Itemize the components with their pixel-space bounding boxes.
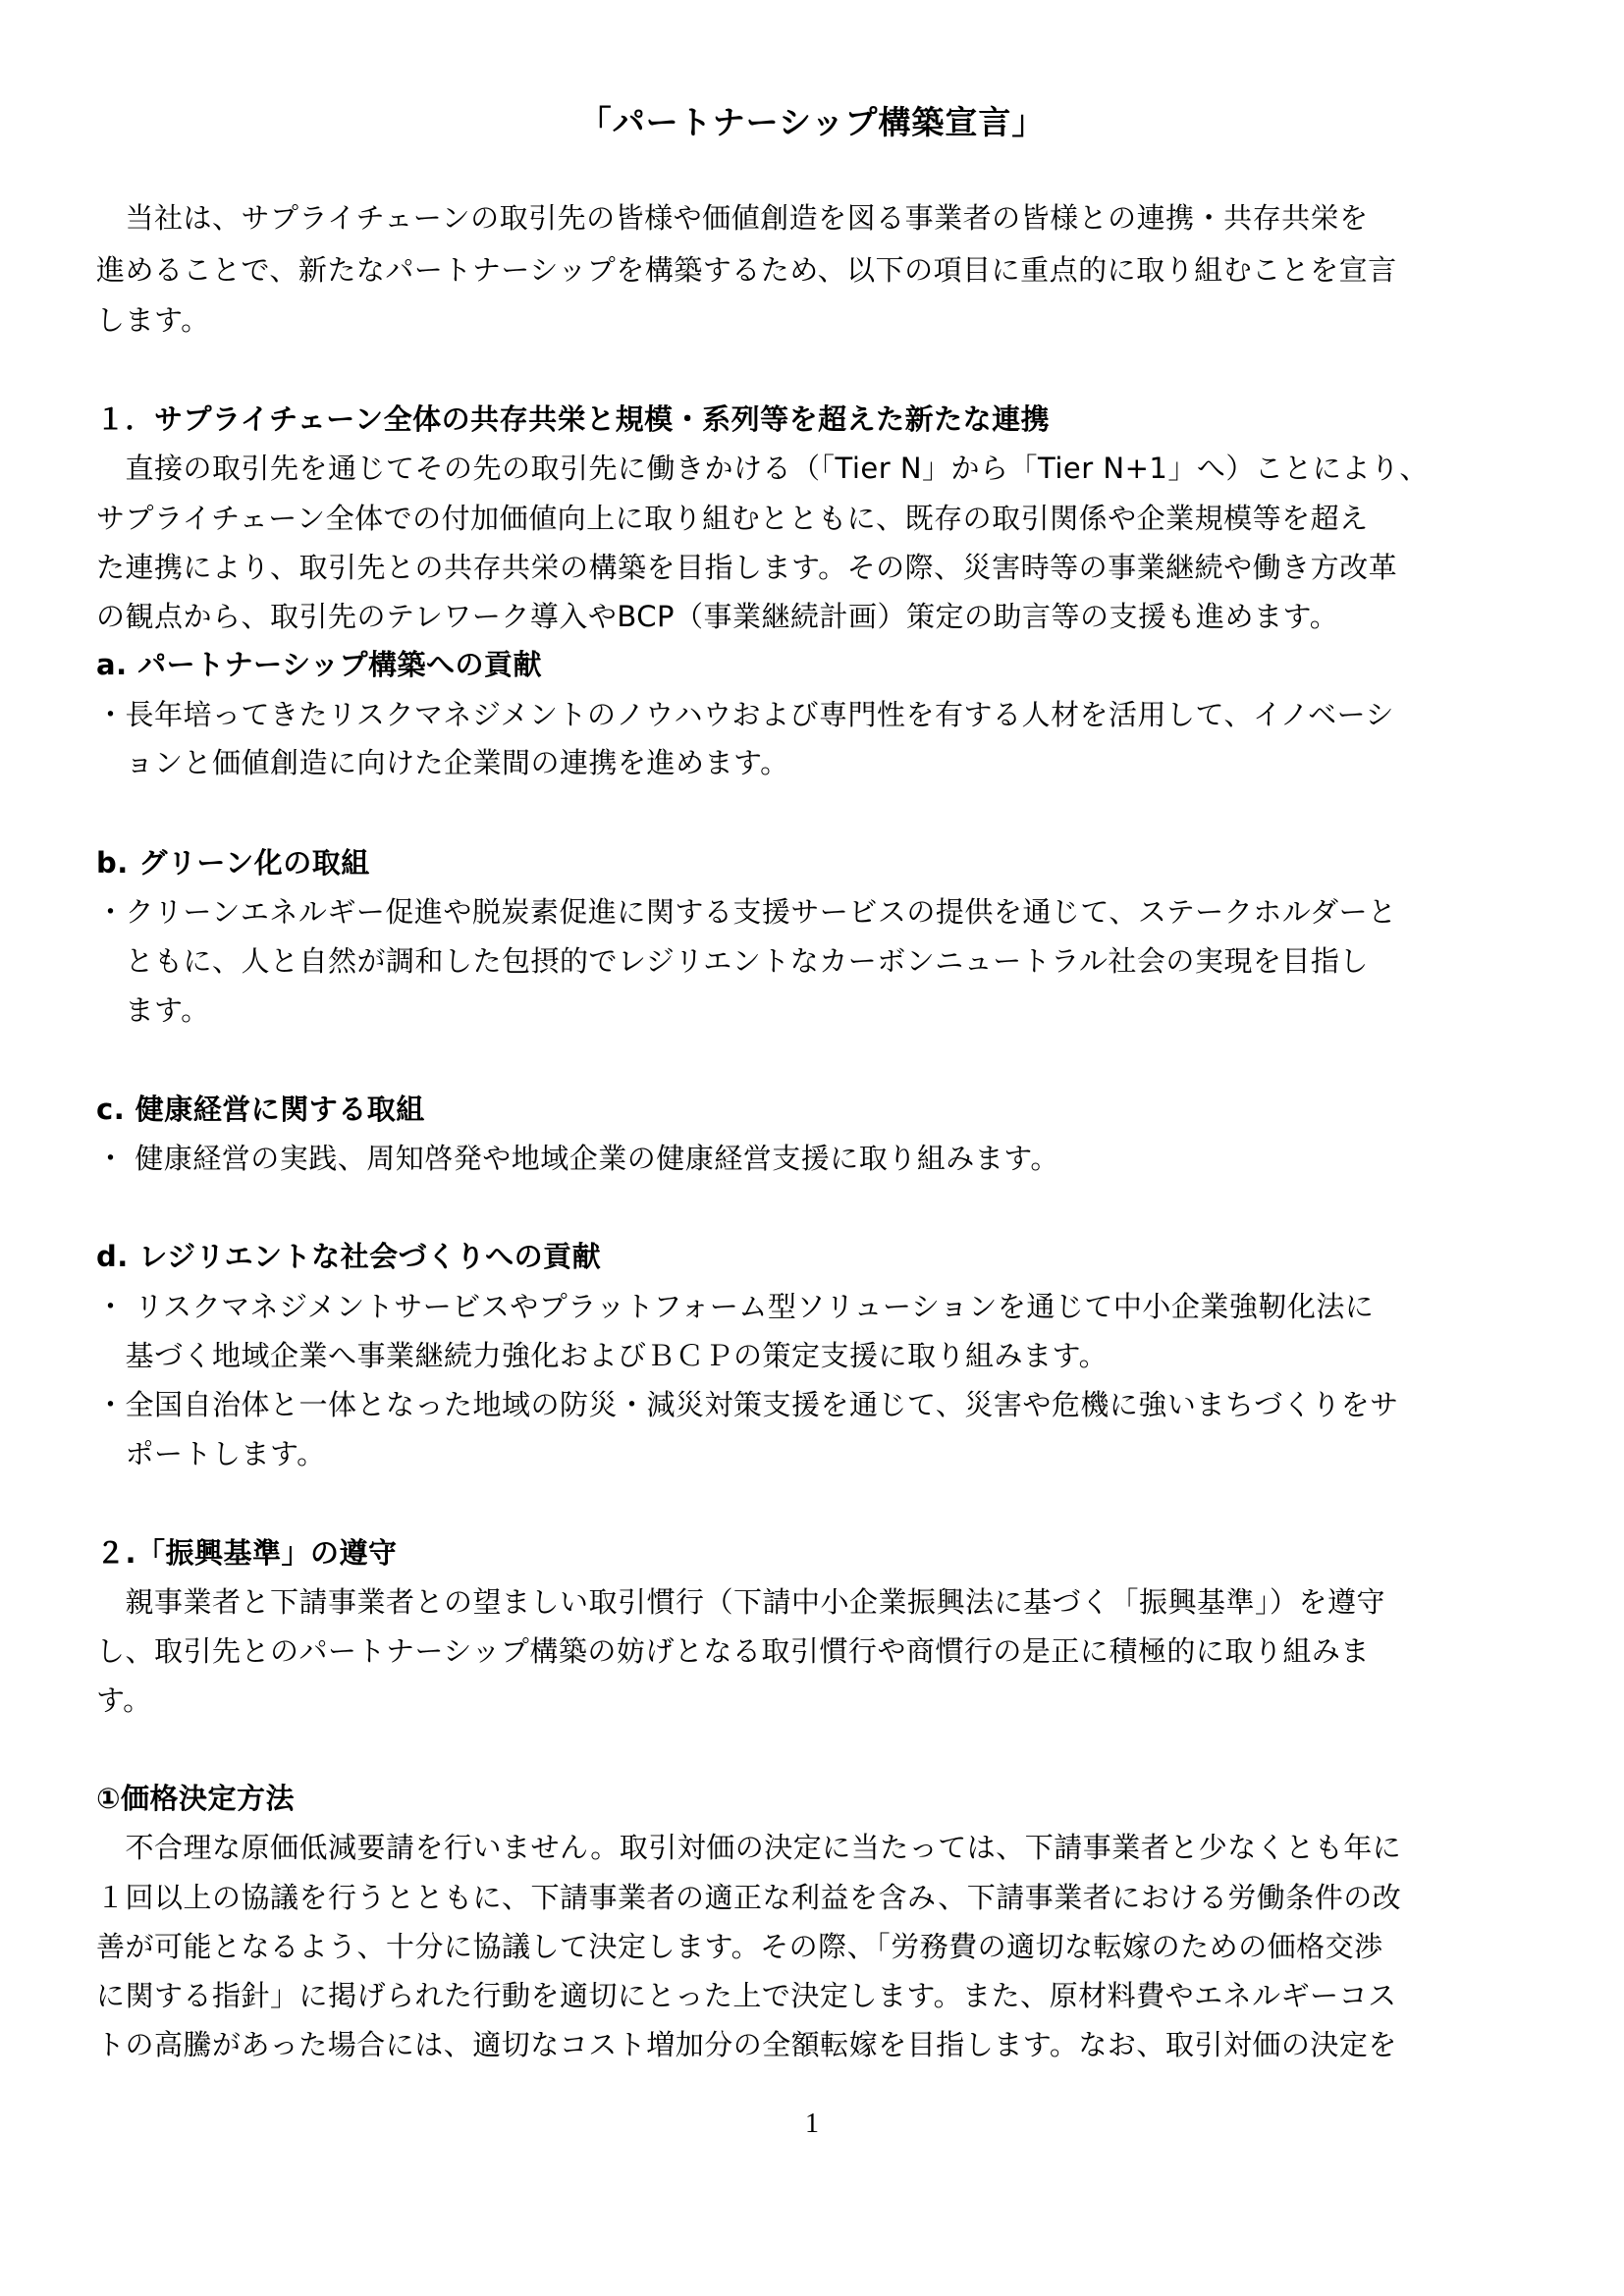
price-determination-line: 善が可能となるよう、十分に協議して決定します。その際、「労務費の適切な転嫁のため… xyxy=(96,1927,1383,1966)
subsection-a-line: ・長年培ってきたリスクマネジメントのノウハウおよび専門性を有する人材を活用して、… xyxy=(96,695,1394,734)
subsection-b-line: ともに、人と自然が調和した包摂的でレジリエントなカーボンニュートラル社会の実現を… xyxy=(96,941,1369,981)
section-1-body-line: 直接の取引先を通じてその先の取引先に働きかける（「Tier N」から「Tier … xyxy=(96,449,1429,488)
intro-line: 進めることで、新たなパートナーシップを構築するため、以下の項目に重点的に取り組む… xyxy=(96,250,1397,290)
intro-line: します。 xyxy=(96,300,210,340)
price-determination-line: 不合理な原価低減要請を行いません。取引対価の決定に当たっては、下請事業者と少なく… xyxy=(96,1828,1401,1867)
document-page: 「パートナーシップ構築宣言」 当社は、サプライチェーンの取引先の皆様や価値創造を… xyxy=(0,0,1624,2296)
section-1-heading: １．サプライチェーン全体の共存共栄と規模・系列等を超えた新たな連携 xyxy=(96,400,1050,439)
subsection-d-line: ・ リスクマネジメントサービスやプラットフォーム型ソリューションを通じて中小企業… xyxy=(96,1287,1374,1326)
subsection-b-line: ・クリーンエネルギー促進や脱炭素促進に関する支援サービスの提供を通じて、ステーク… xyxy=(96,892,1397,932)
section-2-body-line: 親事業者と下請事業者との望ましい取引慣行（下請中小企業振興法に基づく「振興基準」… xyxy=(96,1582,1385,1622)
section-2-body-line: し、取引先とのパートナーシップ構築の妨げとなる取引慣行や商慣行の是正に積極的に取… xyxy=(96,1631,1370,1671)
subsection-d-line: 基づく地域企業へ事業継続力強化およびＢＣＰの策定支援に取り組みます。 xyxy=(96,1336,1108,1375)
subsection-d-line: ・全国自治体と一体となった地域の防災・減災対策支援を通じて、災害や危機に強いまち… xyxy=(96,1385,1399,1424)
section-1-body-line: の観点から、取引先のテレワーク導入やBCP（事業継続計画）策定の助言等の支援も進… xyxy=(96,597,1338,636)
document-title: 「パートナーシップ構築宣言」 xyxy=(0,100,1624,145)
subsection-a-heading: a. パートナーシップ構築への貢献 xyxy=(96,645,542,684)
section-1-body-line: た連携により、取引先との共存共栄の構築を目指します。その際、災害時等の事業継続や… xyxy=(96,548,1397,587)
price-determination-line: １回以上の協議を行うとともに、下請事業者の適正な利益を含み、下請事業者における労… xyxy=(96,1878,1401,1917)
section-2-body-line: す。 xyxy=(96,1681,152,1720)
price-determination-heading: ①価格決定方法 xyxy=(96,1779,295,1818)
price-determination-line: トの高騰があった場合には、適切なコスト増加分の全額転嫁を目指します。なお、取引対… xyxy=(96,2025,1397,2064)
subsection-d-line: ポートします。 xyxy=(96,1434,326,1473)
section-2-heading: ２.「振興基準」の遵守 xyxy=(96,1533,398,1573)
price-determination-line: に関する指針」に掲げられた行動を適切にとった上で決定します。また、原材料費やエネ… xyxy=(96,1976,1397,2015)
subsection-c-line: ・ 健康経営の実践、周知啓発や地域企業の健康経営支援に取り組みます。 xyxy=(96,1139,1059,1178)
subsection-c-heading: c. 健康経営に関する取組 xyxy=(96,1090,425,1129)
subsection-d-heading: d. レジリエントな社会づくりへの貢献 xyxy=(96,1237,601,1276)
intro-line: 当社は、サプライチェーンの取引先の皆様や価値創造を図る事業者の皆様との連携・共存… xyxy=(96,198,1369,238)
page-number: 1 xyxy=(0,2107,1624,2142)
subsection-b-line: ます。 xyxy=(96,990,210,1030)
section-1-body-line: サプライチェーン全体での付加価値向上に取り組むとともに、既存の取引関係や企業規模… xyxy=(96,499,1369,538)
subsection-b-heading: b. グリーン化の取組 xyxy=(96,843,370,882)
subsection-a-line: ョンと価値創造に向けた企業間の連携を進めます。 xyxy=(96,743,789,782)
